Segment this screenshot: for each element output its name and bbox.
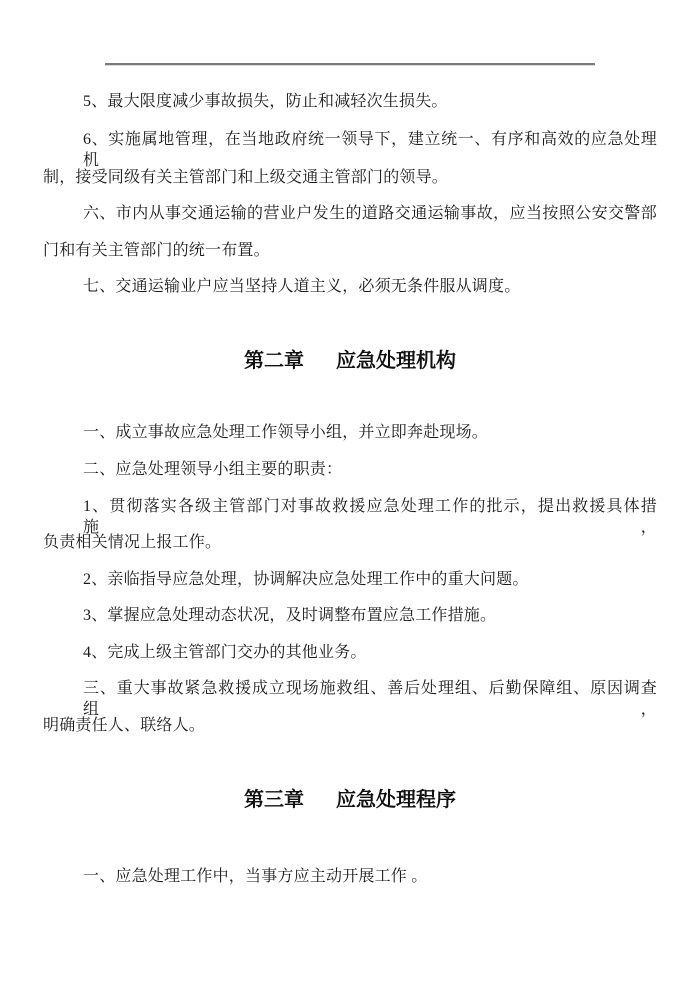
- paragraph-line: 4、完成上级主管部门交办的其他业务。: [83, 642, 367, 663]
- paragraph-line: 明确责任人、联络人。: [43, 715, 205, 736]
- paragraph-line: 制，接受同级有关主管部门和上级交通主管部门的领导。: [43, 167, 448, 188]
- paragraph-line: 三、重大事故紧急救援成立现场施救组、善后处理组、后勤保障组、原因调查组，: [83, 678, 657, 720]
- paragraph-line: 一、应急处理工作中，当事方应主动开展工作 。: [83, 866, 427, 887]
- paragraph-line: 门和有关主管部门的统一布置。: [43, 240, 270, 261]
- paragraph-line: 6、实施属地管理，在当地政府统一领导下，建立统一、有序和高效的应急处理机: [83, 129, 657, 171]
- document-page: 5、最大限度减少事故损失，防止和减轻次生损失。 6、实施属地管理，在当地政府统一…: [0, 0, 700, 990]
- chapter-3-title: 应急处理程序: [336, 789, 456, 811]
- chapter-2-number: 第二章: [244, 350, 304, 372]
- chapter-2-title: 应急处理机构: [336, 350, 456, 372]
- paragraph-line: 5、最大限度减少事故损失，防止和减轻次生损失。: [83, 91, 448, 112]
- paragraph-line: 一、成立事故应急处理工作领导小组，并立即奔赴现场。: [83, 422, 488, 443]
- chapter-2-heading: 第二章应急处理机构: [0, 348, 700, 374]
- chapter-3-heading: 第三章应急处理程序: [0, 787, 700, 813]
- paragraph-line: 3、掌握应急处理动态状况，及时调整布置应急工作措施。: [83, 605, 496, 626]
- paragraph-line: 二、应急处理领导小组主要的职责：: [83, 459, 342, 480]
- paragraph-line: 负责相关情况上报工作。: [43, 532, 221, 553]
- paragraph-line: 七、交通运输业户应当坚持人道主义，必须无条件服从调度。: [83, 276, 520, 297]
- chapter-3-number: 第三章: [244, 789, 304, 811]
- paragraph-line: 2、亲临指导应急处理，协调解决应急处理工作中的重大问题。: [83, 569, 529, 590]
- header-divider-rule: [105, 63, 595, 66]
- paragraph-line: 六、市内从事交通运输的营业户发生的道路交通运输事故，应当按照公安交警部: [83, 203, 657, 224]
